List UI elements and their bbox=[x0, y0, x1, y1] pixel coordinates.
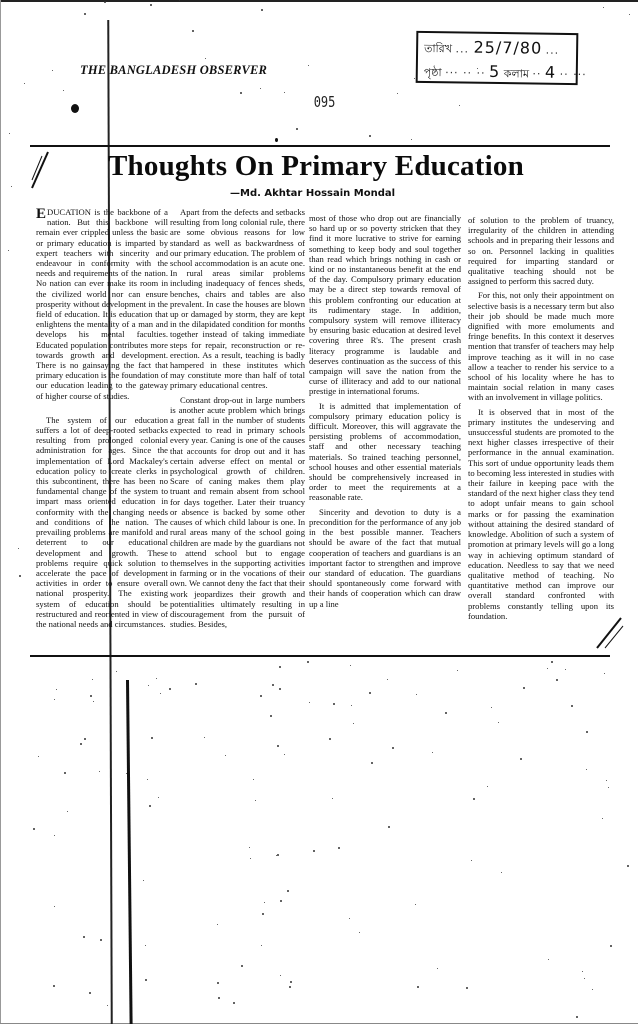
scan-speck bbox=[359, 932, 360, 933]
scan-speck bbox=[350, 665, 351, 666]
scan-speck bbox=[296, 128, 298, 130]
scan-speck bbox=[156, 678, 157, 679]
scan-speck bbox=[92, 679, 93, 680]
scan-speck bbox=[147, 779, 148, 780]
scan-speck bbox=[586, 731, 588, 733]
scan-speck bbox=[218, 997, 220, 999]
scan-speck bbox=[54, 906, 55, 907]
scan-speck bbox=[333, 703, 335, 705]
article-byline: —Md. Akhtar Hossain Mondal bbox=[230, 188, 395, 199]
archive-page-number: 095 bbox=[314, 93, 336, 111]
scan-speck bbox=[584, 978, 585, 979]
stamp-column-value: 4 bbox=[545, 63, 556, 82]
scan-speck bbox=[491, 707, 492, 708]
article-column-3: most of those who drop out are financial… bbox=[309, 213, 461, 613]
scan-speck bbox=[417, 986, 419, 988]
scan-speck bbox=[437, 968, 438, 969]
clipping-corner-mark-icon bbox=[30, 150, 52, 190]
ink-dot bbox=[275, 138, 278, 142]
scan-speck bbox=[84, 738, 86, 740]
scan-speck bbox=[627, 865, 629, 867]
scan-speck bbox=[279, 666, 281, 668]
article-paragraph: EDUCATION is the backbone of a nation. B… bbox=[36, 207, 168, 401]
article-paragraph: It is observed that in most of the prima… bbox=[468, 407, 614, 621]
scan-speck bbox=[608, 787, 609, 788]
scan-speck bbox=[93, 701, 94, 702]
scan-speck bbox=[280, 975, 281, 976]
scan-speck bbox=[445, 712, 447, 714]
scan-speck bbox=[100, 939, 102, 941]
scan-speck bbox=[9, 133, 10, 134]
scan-speck bbox=[270, 715, 272, 717]
scan-speck bbox=[11, 186, 12, 187]
scan-speck bbox=[547, 668, 548, 669]
punch-hole-mark bbox=[71, 104, 79, 113]
scan-speck bbox=[148, 685, 149, 686]
scan-speck bbox=[18, 548, 19, 549]
scan-speck bbox=[520, 758, 522, 760]
scan-speck bbox=[261, 945, 262, 946]
scan-speck bbox=[249, 847, 250, 848]
scan-speck bbox=[233, 1002, 235, 1004]
scan-speck bbox=[523, 687, 525, 689]
article-headline: Thoughts On Primary Education bbox=[108, 150, 538, 183]
scan-speck bbox=[53, 985, 55, 987]
scan-speck bbox=[548, 959, 549, 960]
scan-speck bbox=[556, 679, 558, 681]
scan-speck bbox=[8, 250, 9, 251]
scan-speck bbox=[158, 797, 159, 798]
scan-speck bbox=[217, 924, 218, 925]
scan-speck bbox=[471, 860, 472, 861]
scan-speck bbox=[24, 83, 25, 84]
scan-speck bbox=[19, 575, 21, 577]
scan-speck bbox=[473, 798, 475, 800]
scan-speck bbox=[56, 689, 57, 690]
masthead-name: BANGLADESH OBSERVER bbox=[110, 63, 267, 77]
article-column-1: EDUCATION is the backbone of a nation. B… bbox=[36, 207, 168, 633]
scan-speck bbox=[255, 800, 256, 801]
scan-speck bbox=[80, 743, 82, 745]
scan-speck bbox=[284, 754, 285, 755]
scan-speck bbox=[387, 679, 388, 680]
scan-speck bbox=[349, 918, 350, 919]
scan-speck bbox=[277, 745, 279, 747]
scan-speck bbox=[457, 670, 458, 671]
scan-speck bbox=[586, 769, 587, 770]
scan-speck bbox=[149, 805, 151, 807]
scan-speck bbox=[477, 68, 478, 69]
scan-speck bbox=[397, 93, 398, 94]
scan-speck bbox=[99, 771, 100, 772]
stamp-page-label: পৃষ্ঠা bbox=[424, 66, 442, 79]
scan-speck bbox=[501, 872, 502, 873]
scan-speck bbox=[143, 880, 144, 881]
scan-speck bbox=[604, 673, 605, 674]
scan-speck bbox=[33, 828, 35, 830]
scan-speck bbox=[83, 936, 85, 938]
scan-speck bbox=[205, 58, 206, 59]
scan-speck bbox=[277, 854, 279, 856]
scan-speck bbox=[145, 945, 146, 946]
scan-speck bbox=[241, 965, 243, 967]
scan-speck bbox=[272, 684, 274, 686]
article-paragraph: Constant drop-out in large numbers is an… bbox=[170, 395, 305, 630]
scan-speck bbox=[307, 661, 309, 663]
stamp-page-row: পৃষ্ঠা ··· ·· ·· 5 কলাম ·· 4 ·· ··· bbox=[424, 60, 570, 86]
scan-speck bbox=[150, 4, 152, 6]
scan-speck bbox=[606, 780, 607, 781]
stamp-date-value: 25/7/80 bbox=[473, 38, 542, 58]
scan-speck bbox=[264, 902, 265, 903]
scan-speck bbox=[353, 723, 354, 724]
scan-speck bbox=[592, 989, 593, 990]
scan-speck bbox=[329, 738, 331, 740]
scan-speck bbox=[225, 755, 226, 756]
scan-speck bbox=[160, 693, 161, 694]
article-paragraph: Sincerity and devotion to duty is a prec… bbox=[309, 507, 461, 609]
scan-speck bbox=[582, 971, 583, 972]
scan-speck bbox=[204, 737, 205, 738]
scan-speck bbox=[308, 65, 309, 66]
scan-speck bbox=[54, 699, 55, 700]
article-paragraph: For this, not only their appointment on … bbox=[468, 290, 614, 402]
scan-speck bbox=[279, 688, 281, 690]
scan-speck bbox=[63, 90, 64, 91]
stamp-date-label: তারিখ bbox=[424, 42, 452, 55]
scan-speck bbox=[388, 826, 390, 828]
scan-speck bbox=[392, 747, 394, 749]
scan-speck bbox=[284, 92, 285, 93]
scan-speck bbox=[459, 105, 460, 106]
article-paragraph: The system of our education suffers a lo… bbox=[36, 415, 168, 629]
article-paragraph: Apart from the defects and setbacks resu… bbox=[170, 207, 305, 391]
scan-speck bbox=[116, 671, 117, 672]
scan-speck bbox=[289, 986, 291, 988]
article-paragraph: It is admitted that implementation of co… bbox=[309, 401, 461, 503]
article-paragraph: of solution to the problem of truancy, i… bbox=[468, 215, 614, 286]
newspaper-masthead: THE BANGLADESH OBSERVER bbox=[80, 63, 267, 78]
scan-speck bbox=[371, 762, 373, 764]
scan-speck bbox=[179, 0, 180, 1]
masthead-the: THE bbox=[80, 63, 106, 77]
scan-speck bbox=[629, 14, 630, 15]
scan-speck bbox=[466, 987, 468, 989]
scan-speck bbox=[571, 705, 573, 707]
fold-line-lower bbox=[126, 680, 133, 1024]
page-edge-left bbox=[0, 0, 1, 1024]
stamp-column-label: কলাম bbox=[504, 67, 529, 80]
scan-speck bbox=[90, 695, 92, 697]
scan-speck bbox=[432, 752, 433, 753]
scan-speck bbox=[416, 694, 417, 695]
scan-speck bbox=[260, 695, 262, 697]
article-column-2: Apart from the defects and setbacks resu… bbox=[170, 207, 305, 633]
scan-speck bbox=[145, 979, 147, 981]
scan-speck bbox=[217, 982, 219, 984]
scan-speck bbox=[487, 786, 488, 787]
scan-speck bbox=[250, 858, 251, 859]
scan-speck bbox=[260, 88, 261, 89]
scan-speck bbox=[498, 722, 499, 723]
scan-speck bbox=[415, 904, 416, 905]
article-paragraph: most of those who drop out are financial… bbox=[309, 213, 461, 397]
scan-speck bbox=[104, 1, 106, 3]
scan-speck bbox=[240, 92, 242, 94]
scan-speck bbox=[287, 890, 289, 892]
scan-speck bbox=[351, 705, 352, 706]
scan-speck bbox=[602, 818, 603, 819]
scan-speck bbox=[192, 30, 194, 32]
scan-speck bbox=[369, 692, 371, 694]
scan-speck bbox=[67, 811, 68, 812]
scan-speck bbox=[576, 1016, 578, 1018]
scan-speck bbox=[261, 9, 263, 11]
scan-speck bbox=[169, 688, 171, 690]
archive-stamp: তারিখ ... 25/7/80 ... পৃষ্ঠা ··· ·· ·· 5… bbox=[416, 31, 579, 85]
scan-speck bbox=[332, 798, 333, 799]
scan-speck bbox=[338, 847, 340, 849]
scan-speck bbox=[290, 981, 292, 983]
stamp-date-row: তারিখ ... 25/7/80 ... bbox=[424, 36, 570, 62]
scan-speck bbox=[262, 913, 264, 915]
scan-speck bbox=[369, 135, 371, 137]
scan-speck bbox=[411, 139, 412, 140]
scan-speck bbox=[253, 779, 254, 780]
scan-speck bbox=[195, 683, 197, 685]
scan-speck bbox=[610, 945, 612, 947]
scan-speck bbox=[54, 835, 55, 836]
article-column-4: of solution to the problem of truancy, i… bbox=[468, 215, 614, 625]
stamp-page-value: 5 bbox=[489, 62, 500, 81]
scan-speck bbox=[603, 7, 604, 8]
scan-speck bbox=[64, 772, 66, 774]
page-edge-top bbox=[0, 0, 638, 2]
scan-speck bbox=[89, 992, 91, 994]
scan-speck bbox=[309, 702, 310, 703]
scan-speck bbox=[38, 756, 39, 757]
scan-speck bbox=[551, 661, 553, 663]
scan-speck bbox=[84, 13, 86, 15]
scan-speck bbox=[280, 900, 282, 902]
scan-speck bbox=[107, 1005, 108, 1006]
scan-speck bbox=[52, 70, 53, 71]
scan-speck bbox=[313, 850, 315, 852]
scan-speck bbox=[565, 669, 566, 670]
scan-speck bbox=[151, 737, 153, 739]
